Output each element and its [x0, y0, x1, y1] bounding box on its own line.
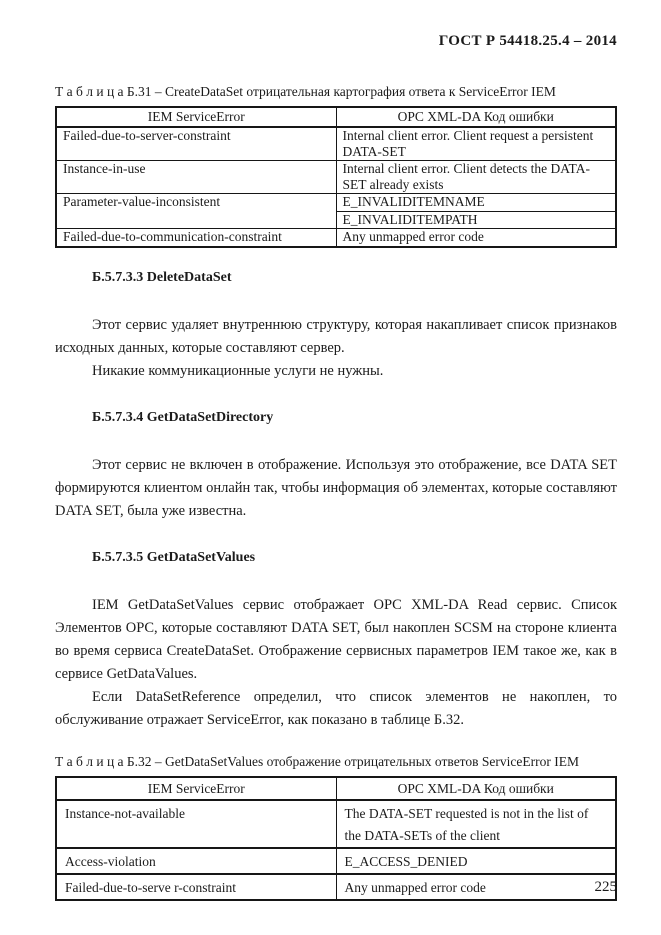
table-b31-caption: Т а б л и ц а Б.31 – CreateDataSet отриц… [55, 83, 617, 100]
table-b32-caption: Т а б л и ц а Б.32 – GetDataSetValues от… [55, 753, 617, 770]
section-paragraph: Никакие коммуникационные услуги не нужны… [55, 360, 617, 383]
running-header: ГОСТ Р 54418.25.4 – 2014 [55, 33, 617, 49]
table-cell: Failed-due-to-server-constraint [56, 127, 336, 161]
section-paragraph: IEM GetDataSetValues сервис отображает O… [55, 594, 617, 686]
table-row: Access-violation E_ACCESS_DENIED [56, 848, 616, 874]
page-number: 225 [595, 879, 618, 895]
table-cell: E_INVALIDITEMPATH [336, 211, 616, 229]
table-row: Instance-in-use Internal client error. C… [56, 161, 616, 194]
section-paragraph: Этот сервис не включен в отображение. Ис… [55, 454, 617, 523]
table-b31-col-header-opc: OPC XML-DA Код ошибки [336, 107, 616, 127]
table-cell: Internal client error. Client detects th… [336, 161, 616, 194]
section-heading-deletedataset: Б.5.7.3.3 DeleteDataSet [92, 270, 617, 286]
table-row: Parameter-value-inconsistent E_INVALIDIT… [56, 194, 616, 212]
section-paragraph: Этот сервис удаляет внутреннюю структуру… [55, 314, 617, 360]
table-row: Instance-not-available The DATA-SET requ… [56, 800, 616, 848]
table-cell: Any unmapped error code [336, 229, 616, 247]
table-cell: Instance-not-available [56, 800, 336, 848]
table-cell: Failed-due-to-communication-constraint [56, 229, 336, 247]
section-heading-getdatasetdirectory: Б.5.7.3.4 GetDataSetDirectory [92, 410, 617, 426]
table-cell: E_INVALIDITEMNAME [336, 194, 616, 212]
table-row: Failed-due-to-communication-constraint A… [56, 229, 616, 247]
section-paragraph: Если DataSetReference определил, что спи… [55, 686, 617, 732]
table-row: Failed-due-to-serve r-constraint Any unm… [56, 874, 616, 900]
table-b31-header-row: IEM ServiceError OPC XML-DA Код ошибки [56, 107, 616, 127]
table-b31-col-header-iem: IEM ServiceError [56, 107, 336, 127]
table-b31: IEM ServiceError OPC XML-DA Код ошибки F… [55, 106, 617, 248]
table-cell: Failed-due-to-serve r-constraint [56, 874, 336, 900]
table-cell: Instance-in-use [56, 161, 336, 194]
section-heading-getdatasetvalues: Б.5.7.3.5 GetDataSetValues [92, 550, 617, 566]
table-cell: The DATA-SET requested is not in the lis… [336, 800, 616, 848]
table-b32: IEM ServiceError OPC XML-DA Код ошибки I… [55, 776, 617, 901]
table-b32-col-header-iem: IEM ServiceError [56, 777, 336, 800]
document-page: ГОСТ Р 54418.25.4 – 2014 Т а б л и ц а Б… [0, 0, 661, 935]
table-row: Failed-due-to-server-constraint Internal… [56, 127, 616, 161]
table-cell: E_ACCESS_DENIED [336, 848, 616, 874]
table-cell: Internal client error. Client request a … [336, 127, 616, 161]
table-cell: Parameter-value-inconsistent [56, 194, 336, 229]
table-b32-col-header-opc: OPC XML-DA Код ошибки [336, 777, 616, 800]
table-b32-header-row: IEM ServiceError OPC XML-DA Код ошибки [56, 777, 616, 800]
table-cell: Any unmapped error code [336, 874, 616, 900]
table-cell: Access-violation [56, 848, 336, 874]
